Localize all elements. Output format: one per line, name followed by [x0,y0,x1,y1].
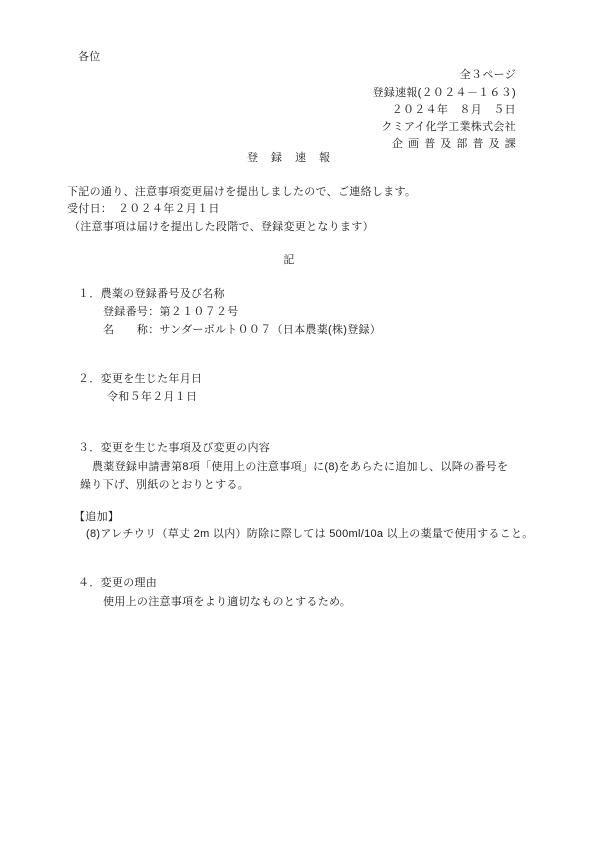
document-title: 登 録 速 報 [0,151,578,165]
section3-body-line1: 農薬登録申請書第8項「使用上の注意事項」に(8)をあらたに追加し、以降の番号を [92,460,508,474]
bulletin-number: 登録速報(２０２４－１６３) [372,86,516,100]
ki-marker: 記 [0,253,578,267]
section3-heading: ３．変更を生じた事項及び変更の内容 [78,441,270,455]
product-name-line: 名 称：サンダーボルト００７（日本農薬(株)登録） [103,323,381,337]
section3-body-line2: 繰り下げ、別紙のとおりとする。 [80,478,249,492]
issue-date: ２０２４年 ８月 ５日 [392,103,516,117]
intro-line: 下記の通り、注意事項変更届けを提出しましたので、ご連絡します。 [67,185,416,199]
addition-text: (8)アレチウリ（草丈 2m 以内）防除に際しては 500ml/10a 以上の薬… [86,527,534,541]
change-reason-line: 使用上の注意事項をより適切なものとするため。 [103,595,351,609]
company-name: クミアイ化学工業株式会社 [381,120,516,134]
received-date-line: 受付日： ２０２４年２月１日 [67,202,220,216]
department-name: 企画普及部普及課 [392,137,516,151]
section2-heading: ２．変更を生じた年月日 [78,372,202,386]
addition-label: 【追加】 [74,510,119,524]
change-date-line: 令和５年２月１日 [107,390,197,404]
registration-number-line: 登録番号：第２１０７２号 [103,305,239,319]
section4-heading: ４．変更の理由 [78,576,157,590]
section1-heading: １．農薬の登録番号及び名称 [78,287,225,301]
page-count: 全３ページ [460,68,516,82]
note-line: （注意事項は届けを提出した段階で、登録変更となります） [69,220,374,234]
recipient: 各位 [78,50,101,64]
document-page: 各位 全３ページ 登録速報(２０２４－１６３) ２０２４年 ８月 ５日 クミアイ… [0,0,596,842]
